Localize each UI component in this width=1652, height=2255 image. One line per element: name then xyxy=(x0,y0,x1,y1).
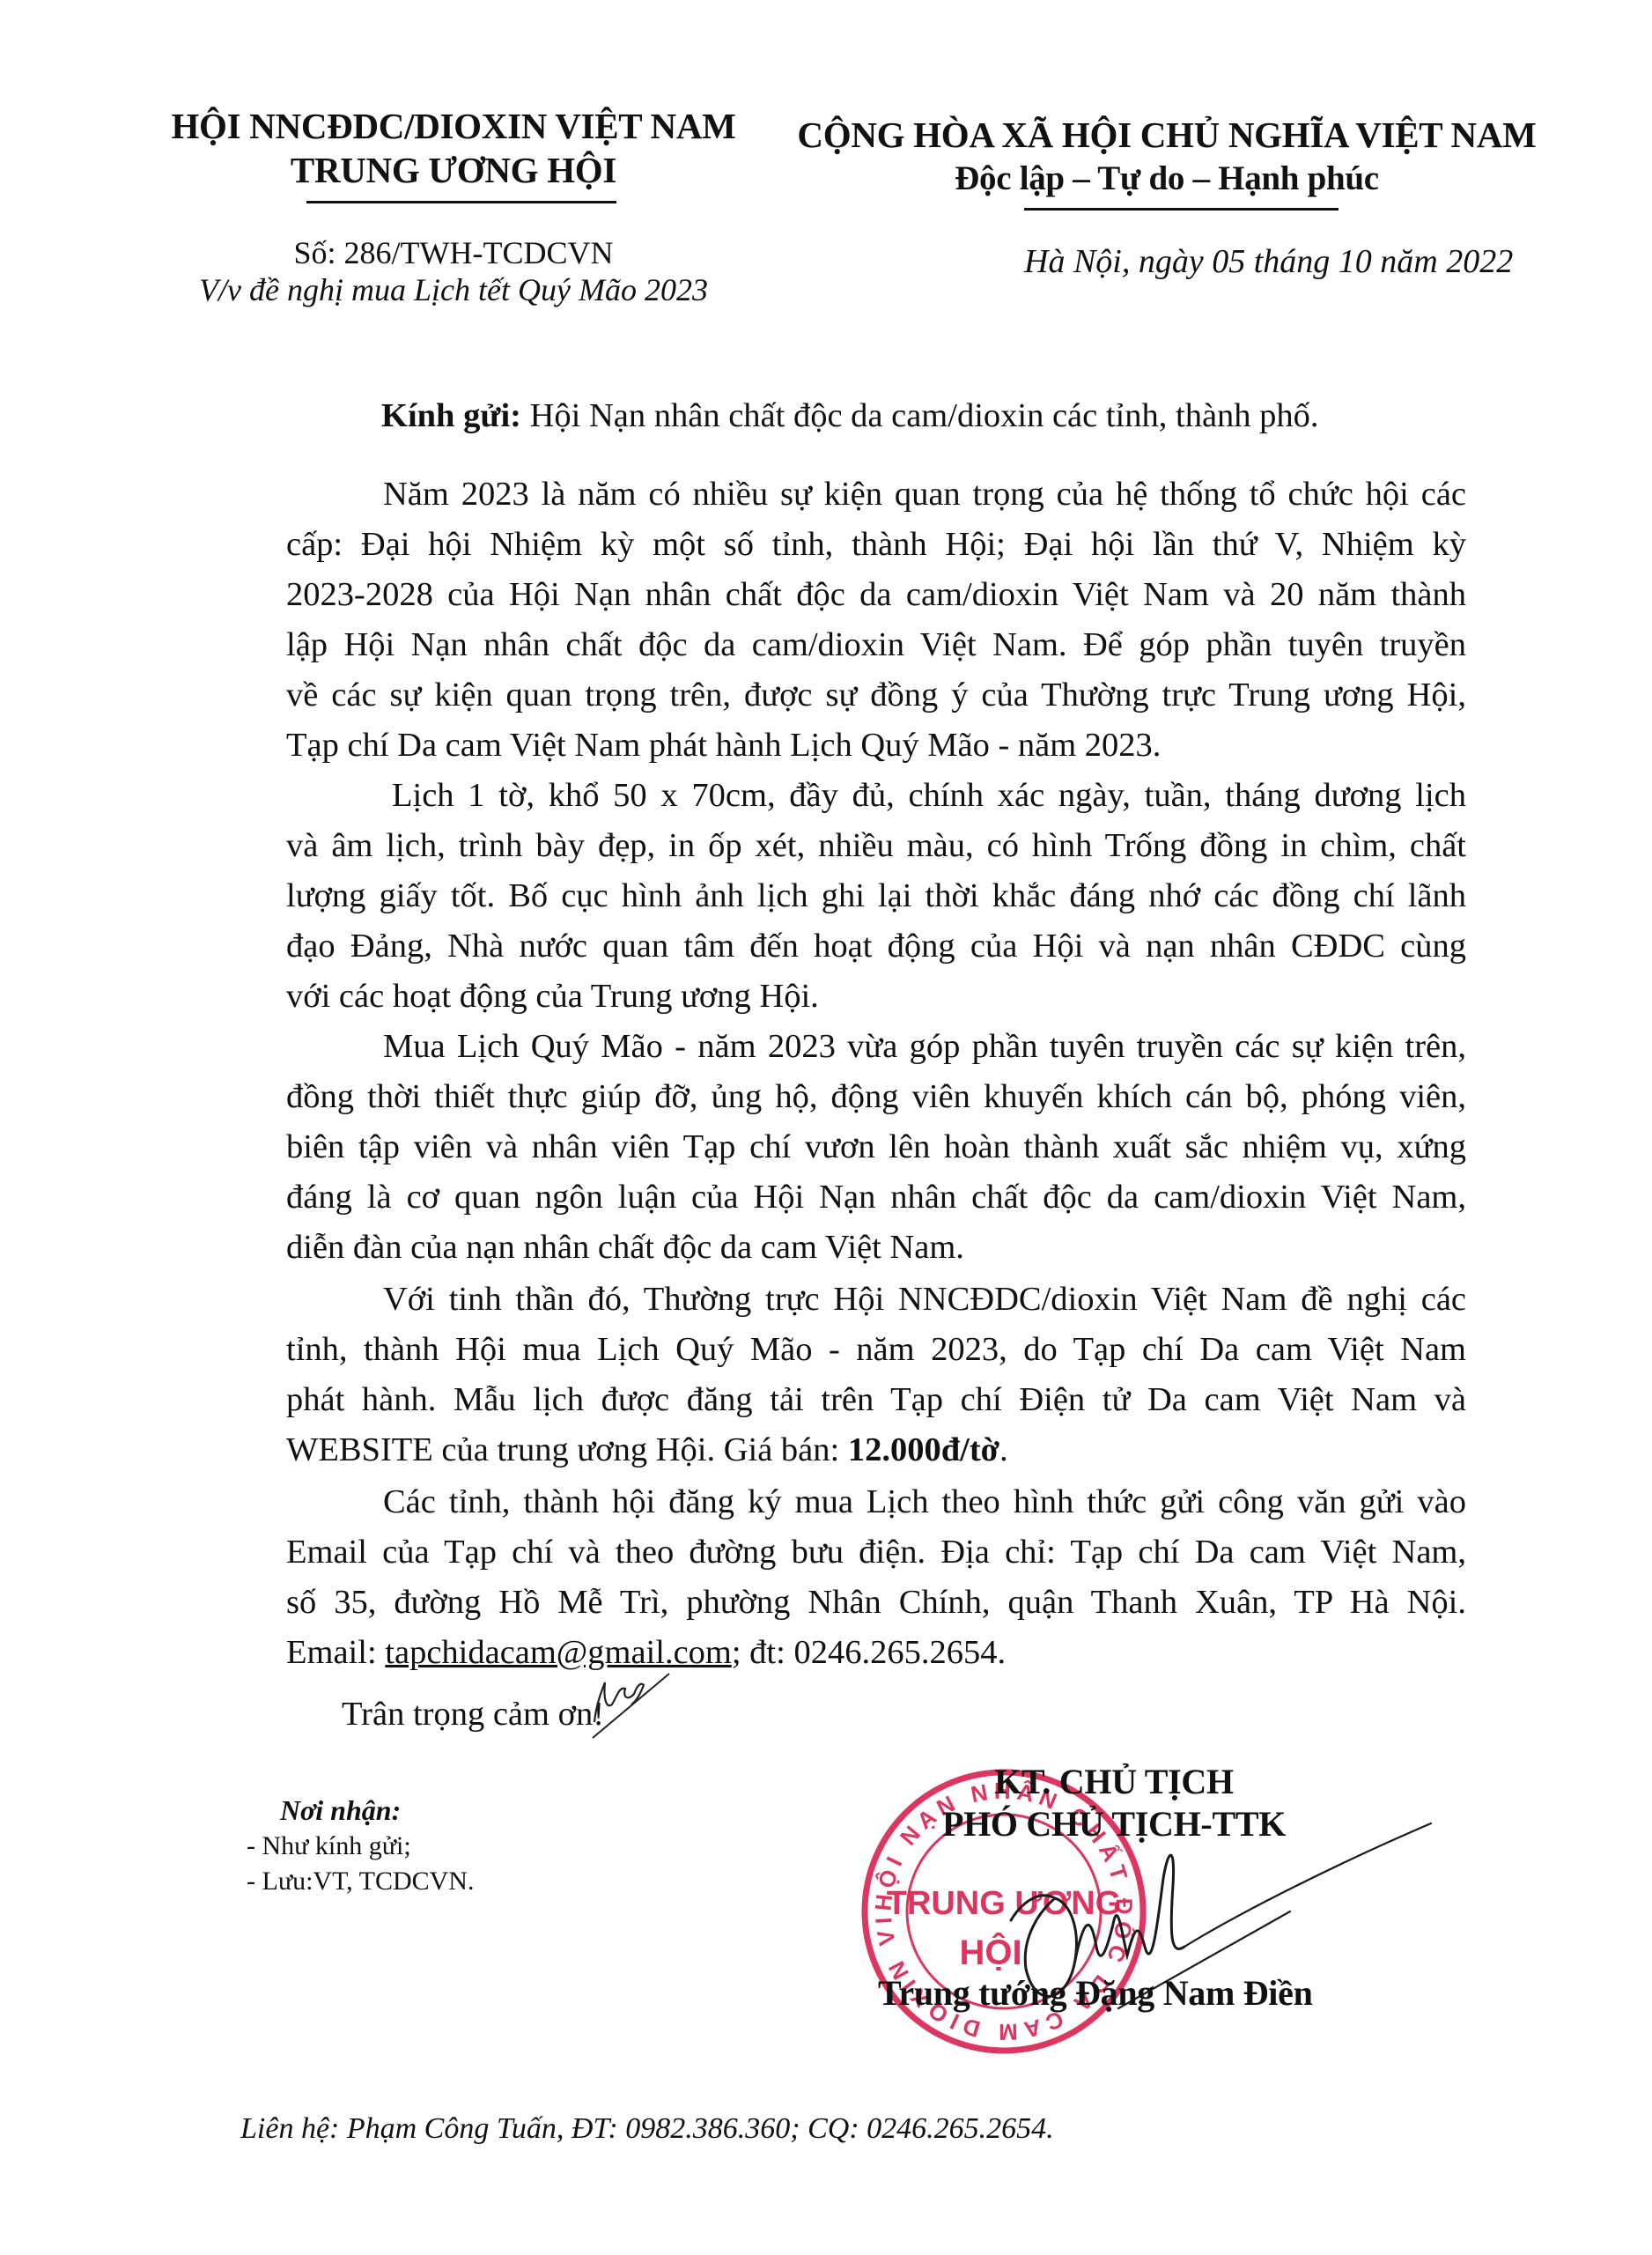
national-motto: Độc lập – Tự do – Hạnh phúc xyxy=(775,157,1559,201)
header-right-divider xyxy=(1024,208,1339,211)
email-prefix: Email: xyxy=(286,1634,385,1671)
body-line: đồng thời thiết thực giúp đỡ, ủng hộ, độ… xyxy=(286,1071,1466,1122)
header-left-divider xyxy=(306,201,616,203)
initials-signature-icon xyxy=(586,1669,674,1744)
price-suffix: . xyxy=(999,1431,1008,1468)
body-line: Email của Tạp chí và theo đường bưu điện… xyxy=(286,1527,1466,1578)
body-line: 2023-2028 của Hội Nạn nhân chất độc da c… xyxy=(286,569,1466,620)
recipient-label: Kính gửi: xyxy=(381,397,521,434)
body-line: Năm 2023 là năm có nhiều sự kiện quan tr… xyxy=(286,469,1466,520)
footer-contact: Liên hệ: Phạm Công Tuấn, ĐT: 0982.386.36… xyxy=(240,2110,1054,2148)
body-line: biên tập viên và nhân viên Tạp chí vươn … xyxy=(286,1121,1466,1172)
recipient-line: Kính gửi: Hội Nạn nhân chất độc da cam/d… xyxy=(381,393,1319,439)
price-value: 12.000đ/tờ xyxy=(848,1431,999,1468)
closing-text: Trân trọng cảm ơn! xyxy=(342,1691,604,1737)
org-name: HỘI NNCĐDC/DIOXIN VIỆT NAM xyxy=(159,104,749,148)
signature-title-1: KT. CHỦ TỊCH xyxy=(929,1760,1299,1804)
email-line: Email: tapchidacam@gmail.com; đt: 0246.2… xyxy=(286,1627,1466,1678)
body-line: Với tinh thần đó, Thường trực Hội NNCĐDC… xyxy=(286,1274,1466,1325)
body-line: phát hành. Mẫu lịch được đăng tải trên T… xyxy=(286,1374,1466,1425)
body-line: tỉnh, thành Hội mua Lịch Quý Mão - năm 2… xyxy=(286,1324,1466,1375)
email-link[interactable]: tapchidacam@gmail.com xyxy=(385,1634,732,1671)
recipient-text: Hội Nạn nhân chất độc da cam/dioxin các … xyxy=(521,397,1319,434)
body-line: Mua Lịch Quý Mão - năm 2023 vừa góp phần… xyxy=(286,1021,1466,1072)
body-line: Tạp chí Da cam Việt Nam phát hành Lịch Q… xyxy=(286,720,1466,771)
body-line: đạo Đảng, Nhà nước quan tâm đến hoạt độn… xyxy=(286,920,1466,972)
place-date: Hà Nội, ngày 05 tháng 10 năm 2022 xyxy=(1024,241,1570,282)
nation-title: CỘNG HÒA XÃ HỘI CHỦ NGHĨA VIỆT NAM xyxy=(775,113,1559,157)
org-unit: TRUNG ƯƠNG HỘI xyxy=(159,148,749,192)
body-line: Các tỉnh, thành hội đăng ký mua Lịch the… xyxy=(286,1476,1466,1527)
price-prefix: WEBSITE của trung ương Hội. Giá bán: xyxy=(286,1431,848,1468)
email-suffix: ; đt: 0246.265.2654. xyxy=(732,1634,1006,1671)
body-line: lập Hội Nạn nhân chất độc da cam/dioxin … xyxy=(286,619,1466,670)
body-line: diễn đàn của nạn nhân chất độc da cam Vi… xyxy=(286,1222,1466,1273)
body-line: đáng là cơ quan ngôn luận của Hội Nạn nh… xyxy=(286,1172,1466,1223)
body-line: và âm lịch, trình bày đẹp, in ốp xét, nh… xyxy=(286,820,1466,871)
recipients-item: - Lưu:VT, TCDCVN. xyxy=(247,1864,474,1899)
recipients-title: Nơi nhận: xyxy=(280,1793,401,1828)
signer-name: Trung tướng Đặng Nam Điền xyxy=(878,1971,1406,2015)
document-subject: V/v đề nghị mua Lịch tết Quý Mão 2023 xyxy=(159,270,749,309)
document-number: Số: 286/TWH-TCDCVN xyxy=(159,233,749,272)
price-line: WEBSITE của trung ương Hội. Giá bán: 12.… xyxy=(286,1424,1466,1475)
recipients-item: - Như kính gửi; xyxy=(247,1829,411,1864)
body-line: số 35, đường Hồ Mễ Trì, phường Nhân Chín… xyxy=(286,1577,1466,1628)
body-line: về các sự kiện quan trọng trên, được sự … xyxy=(286,669,1466,721)
body-line: Lịch 1 tờ, khổ 50 x 70cm, đầy đủ, chính … xyxy=(286,770,1466,821)
body-line: lượng giấy tốt. Bố cục hình ảnh lịch ghi… xyxy=(286,870,1466,921)
body-line: với các hoạt động của Trung ương Hội. xyxy=(286,971,1466,1022)
body-line: cấp: Đại hội Nhiệm kỳ một số tỉnh, thành… xyxy=(286,519,1466,570)
